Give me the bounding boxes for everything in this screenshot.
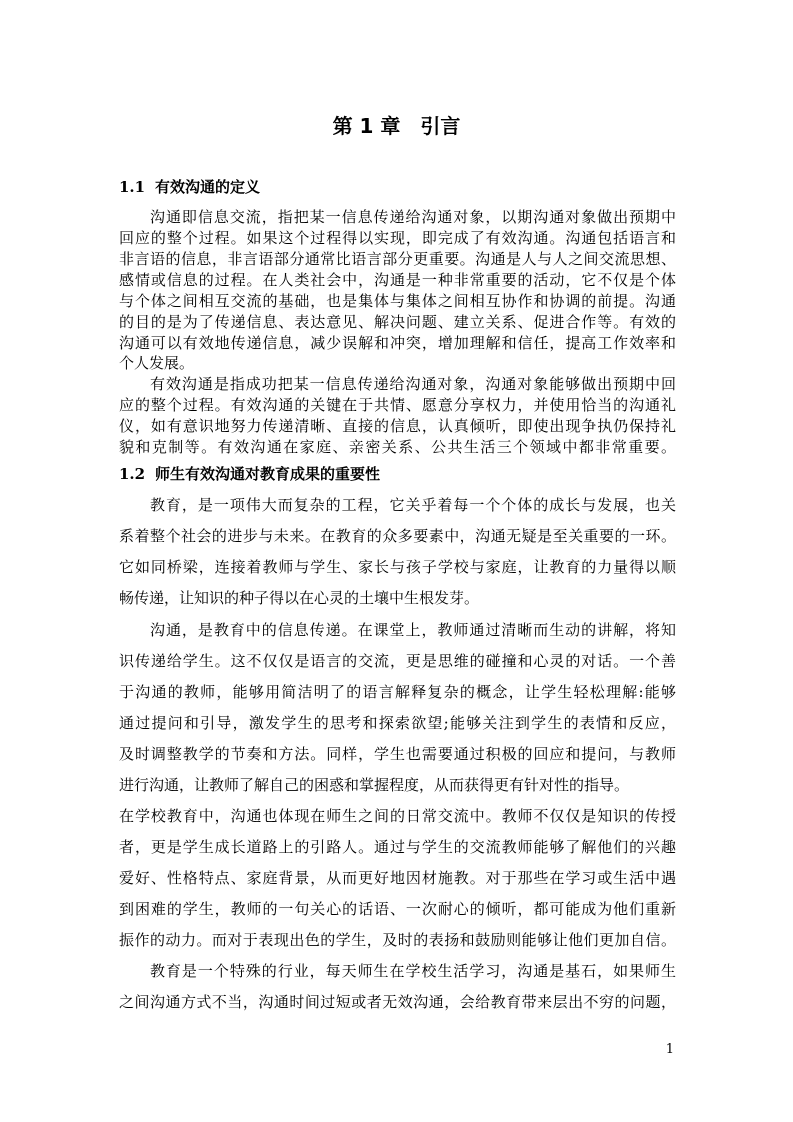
text-line: 者，更是学生成长道路上的引路人。通过与学生的交流教师能够了解他们的兴趣 [119,837,676,857]
text-line: 感情或信息的过程。在人类社会中，沟通是一种非常重要的活动，它不仅是个体 [119,270,676,290]
text-line: 与个体之间相互交流的基础，也是集体与集体之间相互协作和协调的前提。沟通 [119,291,676,311]
text-line: 爱好、性格特点、家庭背景，从而更好地因材施教。对于那些在学习或生活中遇 [119,868,676,888]
section-heading-1-1: 1.1有效沟通的定义 [119,176,260,198]
text-line: 振作的动力。而对于表现出色的学生，及时的表扬和鼓励则能够让他们更加自信。 [119,930,676,950]
text-line: 貌和克制等。有效沟通在家庭、亲密关系、公共生活三个领域中都非常重要。 [119,437,676,457]
section-heading-1-2: 1.2师生有效沟通对教育成果的重要性 [119,463,380,485]
text-line: 非言语的信息，非言语部分通常比语言部分更重要。沟通是人与人之间交流思想、 [119,249,676,269]
text-line: 回应的整个过程。如果这个过程得以实现，即完成了有效沟通。沟通包括语言和 [119,228,676,248]
page-number: 1 [600,1040,674,1060]
document-page: 第 1 章 引言 1.1有效沟通的定义 沟通即信息交流，指把某一信息传递给沟通对… [0,0,793,1122]
text-line: 教育是一个特殊的行业，每天师生在学校生活学习，沟通是基石，如果师生 [150,961,676,981]
text-line: 沟通可以有效地传递信息，减少误解和冲突，增加理解和信任，提高工作效率和 [119,333,676,353]
text-line: 进行沟通，让教师了解自己的困惑和掌握程度，从而获得更有针对性的指导。 [119,775,676,795]
text-line: 它如同桥梁，连接着教师与学生、家长与孩子学校与家庭，让教育的力量得以顺 [119,557,676,577]
text-line: 教育，是一项伟大而复杂的工程，它关乎着每一个个体的成长与发展，也关 [150,495,676,515]
chapter-title: 第 1 章 引言 [0,112,793,140]
text-line: 在学校教育中，沟通也体现在师生之间的日常交流中。教师不仅仅是知识的传授 [119,806,676,826]
text-line: 的目的是为了传递信息、表达意见、解决问题、建立关系、促进合作等。有效的 [119,312,676,332]
text-line: 仪，如有意识地努力传递清晰、直接的信息，认真倾听，即使出现争执仍保持礼 [119,416,676,436]
text-line: 应的整个过程。有效沟通的关键在于共情、愿意分享权力，并使用恰当的沟通礼 [119,395,676,415]
text-line: 沟通，是教育中的信息传递。在课堂上，教师通过清晰而生动的讲解，将知 [150,620,676,640]
text-line: 系着整个社会的进步与未来。在教育的众多要素中，沟通无疑是至关重要的一环。 [119,526,676,546]
section-number: 1.2 [119,463,155,485]
text-line: 有效沟通是指成功把某一信息传递给沟通对象，沟通对象能够做出预期中回 [150,374,676,394]
section-number: 1.1 [119,176,155,198]
text-line: 沟通即信息交流，指把某一信息传递给沟通对象，以期沟通对象做出预期中 [150,207,676,227]
text-line: 畅传递，让知识的种子得以在心灵的土壤中生根发芽。 [119,588,676,608]
text-line: 个人发展。 [119,353,676,373]
text-line: 之间沟通方式不当，沟通时间过短或者无效沟通，会给教育带来层出不穷的问题， [119,992,676,1012]
text-line: 通过提问和引导，激发学生的思考和探索欲望;能够关注到学生的表情和反应， [119,713,676,733]
text-line: 到困难的学生，教师的一句关心的话语、一次耐心的倾听，都可能成为他们重新 [119,899,676,919]
section-title: 师生有效沟通对教育成果的重要性 [155,465,380,483]
text-line: 及时调整教学的节奏和方法。同样，学生也需要通过积极的回应和提问，与教师 [119,744,676,764]
text-line: 于沟通的教师，能够用简洁明了的语言解释复杂的概念，让学生轻松理解:能够 [119,682,676,702]
section-title: 有效沟通的定义 [155,178,260,196]
text-line: 识传递给学生。这不仅仅是语言的交流，更是思维的碰撞和心灵的对话。一个善 [119,651,676,671]
